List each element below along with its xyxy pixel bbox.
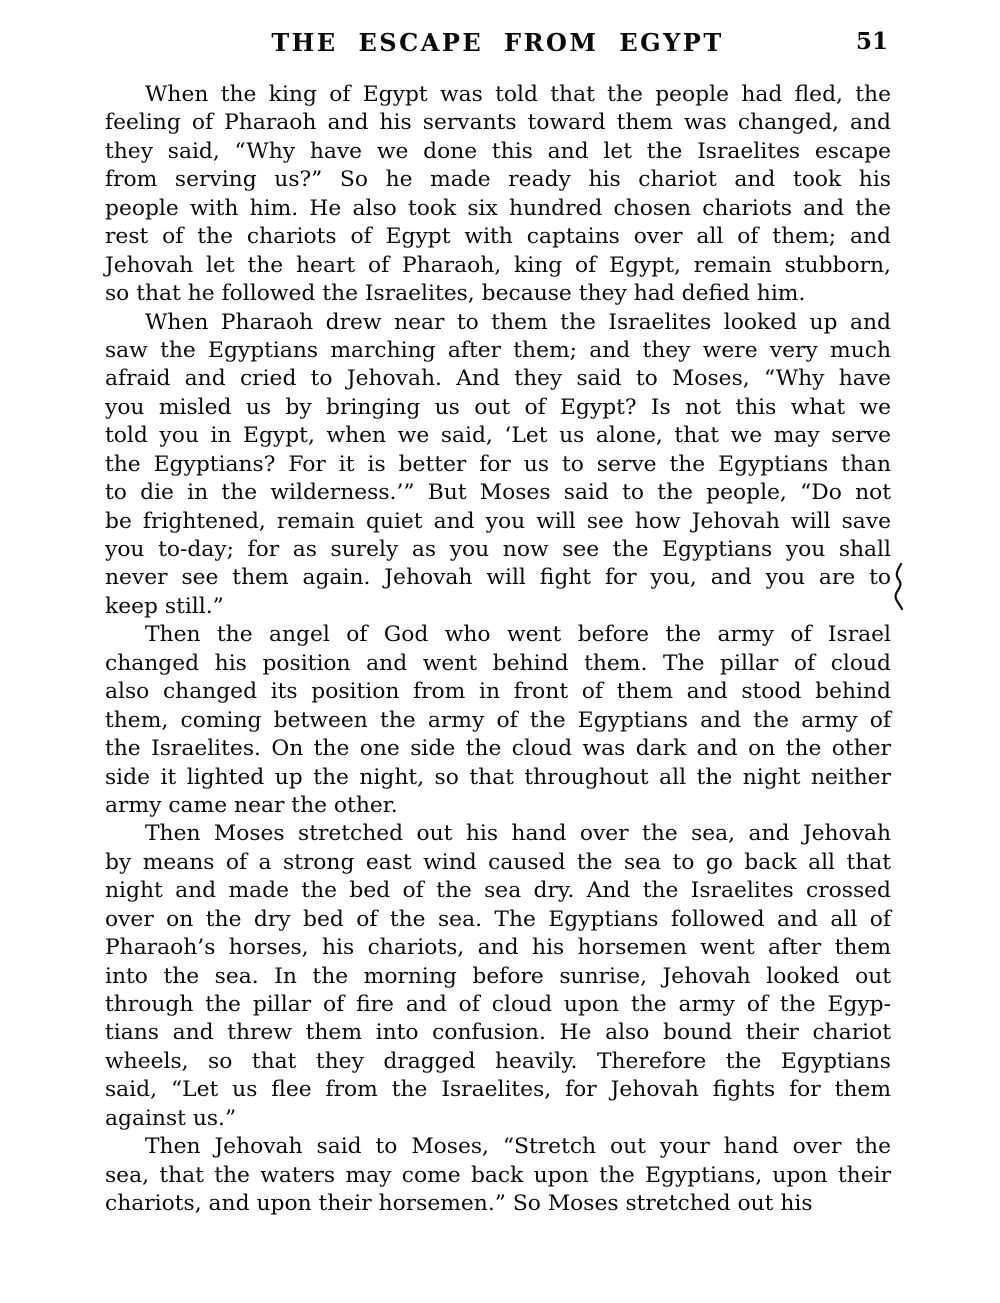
text-line: side it lighted up the night, so that th… [105, 764, 891, 792]
text-line: When Pharaoh drew near to them the Israe… [105, 309, 891, 337]
text-line: you to-day; for as surely as you now see… [105, 536, 891, 564]
text-line: army came near the other. [105, 792, 891, 820]
text-line: Then Moses stretched out his hand over t… [105, 820, 891, 848]
ink-squiggle-mark [891, 563, 909, 611]
text-line: from serving us?” So he made ready his c… [105, 166, 891, 194]
text-line: them, coming between the army of the Egy… [105, 707, 891, 735]
text-line: you misled us by bringing us out of Egyp… [105, 394, 891, 422]
page-number: 51 [856, 28, 888, 55]
body-text: When the king of Egypt was told that the… [105, 81, 891, 1219]
text-line: Then Jehovah said to Moses, “Stretch out… [105, 1133, 891, 1161]
text-line: against us.” [105, 1105, 891, 1133]
text-line: chariots, and upon their horsemen.” So M… [105, 1190, 891, 1218]
paragraph: Then Jehovah said to Moses, “Stretch out… [105, 1133, 891, 1218]
text-line: keep still.” [105, 593, 891, 621]
text-line: over on the dry bed of the sea. The Egyp… [105, 906, 891, 934]
text-line: tians and threw them into confusion. He … [105, 1019, 891, 1047]
text-line: the Egyptians? For it is better for us t… [105, 451, 891, 479]
text-line: When the king of Egypt was told that the… [105, 81, 891, 109]
text-line: by means of a strong east wind caused th… [105, 849, 891, 877]
text-line: into the sea. In the morning before sunr… [105, 963, 891, 991]
text-line: never see them again. Jehovah will fight… [105, 564, 891, 592]
text-line: feeling of Pharaoh and his servants towa… [105, 109, 891, 137]
text-line: the Israelites. On the one side the clou… [105, 735, 891, 763]
text-line: be frightened, remain quiet and you will… [105, 508, 891, 536]
text-line: Pharaoh’s horses, his chariots, and his … [105, 934, 891, 962]
text-line: wheels, so that they dragged heavily. Th… [105, 1048, 891, 1076]
text-line: sea, that the waters may come back upon … [105, 1162, 891, 1190]
text-line: they said, “Why have we done this and le… [105, 138, 891, 166]
page-title: THE ESCAPE FROM EGYPT [105, 28, 890, 57]
text-line: Then the angel of God who went before th… [105, 621, 891, 649]
paragraph: When the king of Egypt was told that the… [105, 81, 891, 309]
text-line: so that he followed the Israelites, beca… [105, 280, 891, 308]
book-page: THE ESCAPE FROM EGYPT 51 When the king o… [0, 0, 1000, 1303]
text-line: through the pillar of fire and of cloud … [105, 991, 891, 1019]
paragraph: Then the angel of God who went before th… [105, 621, 891, 820]
text-line: afraid and cried to Jehovah. And they sa… [105, 365, 891, 393]
text-line: Jehovah let the heart of Pharaoh, king o… [105, 252, 891, 280]
paragraph: When Pharaoh drew near to them the Israe… [105, 309, 891, 622]
text-line: told you in Egypt, when we said, ‘Let us… [105, 422, 891, 450]
text-line: people with him. He also took six hundre… [105, 195, 891, 223]
text-line: also changed its position from in front … [105, 678, 891, 706]
text-line: changed his position and went behind the… [105, 650, 891, 678]
text-line: to die in the wilderness.’” But Moses sa… [105, 479, 891, 507]
running-header: THE ESCAPE FROM EGYPT 51 [105, 28, 890, 58]
text-line: night and made the bed of the sea dry. A… [105, 877, 891, 905]
text-line: said, “Let us flee from the Israelites, … [105, 1076, 891, 1104]
text-line: saw the Egyptians marching after them; a… [105, 337, 891, 365]
text-line: rest of the chariots of Egypt with capta… [105, 223, 891, 251]
paragraph: Then Moses stretched out his hand over t… [105, 820, 891, 1133]
